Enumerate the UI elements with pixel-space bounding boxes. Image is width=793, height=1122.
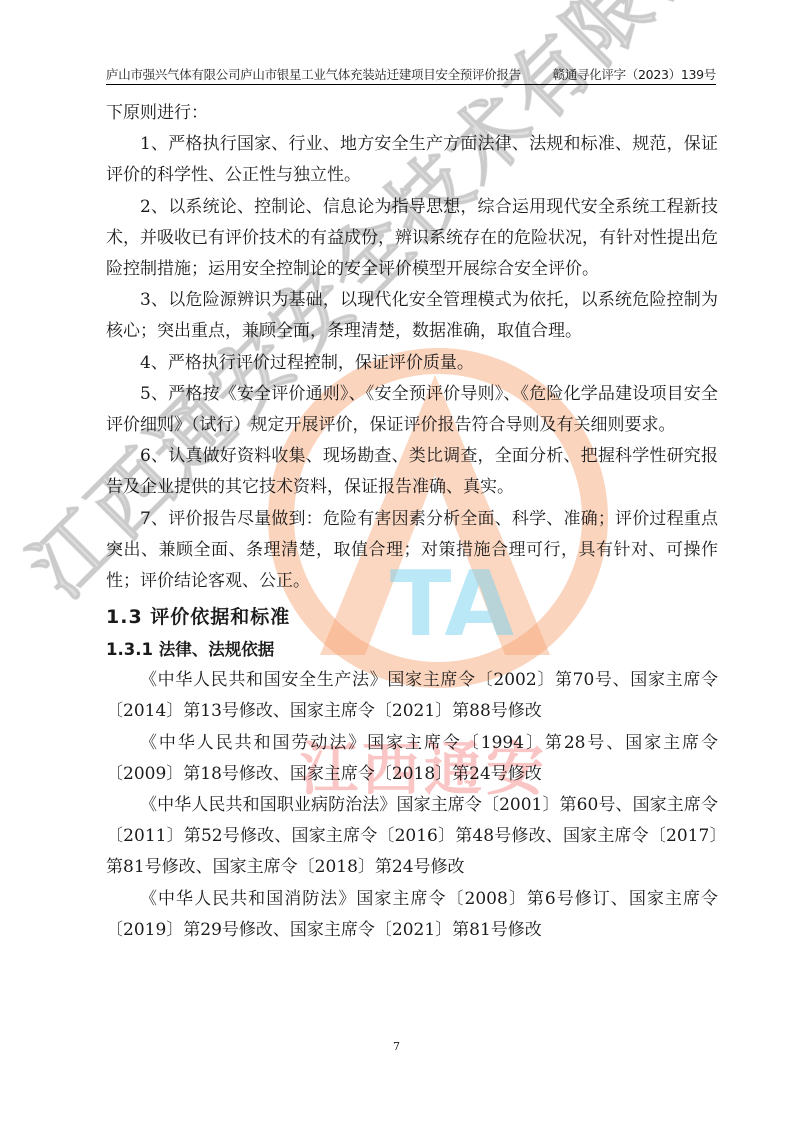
principle-item: 1、严格执行国家、行业、地方安全生产方面法律、法规和标准、规范，保证评价的科学性…	[106, 129, 718, 191]
law-item: 《中华人民共和国职业病防治法》国家主席令〔2001〕第60号、国家主席令〔201…	[106, 790, 718, 884]
principle-item: 3、以危险源辨识为基础，以现代化安全管理模式为依托，以系统危险控制为核心；突出重…	[106, 285, 718, 347]
intro-text: 下原则进行：	[106, 98, 718, 129]
page-number: 7	[0, 1040, 793, 1053]
document-page: 庐山市强兴气体有限公司庐山市银星工业气体充装站迁建项目安全预评价报告 赣通寻化评…	[0, 0, 793, 1122]
law-item: 《中华人民共和国安全生产法》国家主席令〔2002〕第70号、国家主席令〔2014…	[106, 665, 718, 727]
principle-item: 4、严格执行评价过程控制，保证评价质量。	[106, 348, 718, 379]
principle-item: 6、认真做好资料收集、现场勘查、类比调查，全面分析、把握科学性研究报告及企业提供…	[106, 441, 718, 503]
section-heading-1-3: 1.3 评价依据和标准	[106, 599, 718, 635]
principle-item: 5、严格按《安全评价通则》、《安全预评价导则》、《危险化学品建设项目安全评价细则…	[106, 379, 718, 441]
report-title: 庐山市强兴气体有限公司庐山市银星工业气体充装站迁建项目安全预评价报告	[106, 66, 521, 84]
page-header: 庐山市强兴气体有限公司庐山市银星工业气体充装站迁建项目安全预评价报告 赣通寻化评…	[106, 64, 716, 85]
document-number: 赣通寻化评字（2023）139号	[553, 66, 716, 84]
document-body: 下原则进行： 1、严格执行国家、行业、地方安全生产方面法律、法规和标准、规范，保…	[106, 98, 718, 946]
section-heading-1-3-1: 1.3.1 法律、法规依据	[106, 635, 718, 665]
law-item: 《中华人民共和国消防法》国家主席令〔2008〕第6号修订、国家主席令〔2019〕…	[106, 884, 718, 946]
principle-item: 2、以系统论、控制论、信息论为指导思想，综合运用现代安全系统工程新技术，并吸收已…	[106, 192, 718, 286]
law-item: 《中华人民共和国劳动法》国家主席令〔1994〕第28号、国家主席令〔2009〕第…	[106, 728, 718, 790]
principle-item: 7、评价报告尽量做到：危险有害因素分析全面、科学、准确；评价过程重点突出、兼顾全…	[106, 504, 718, 598]
